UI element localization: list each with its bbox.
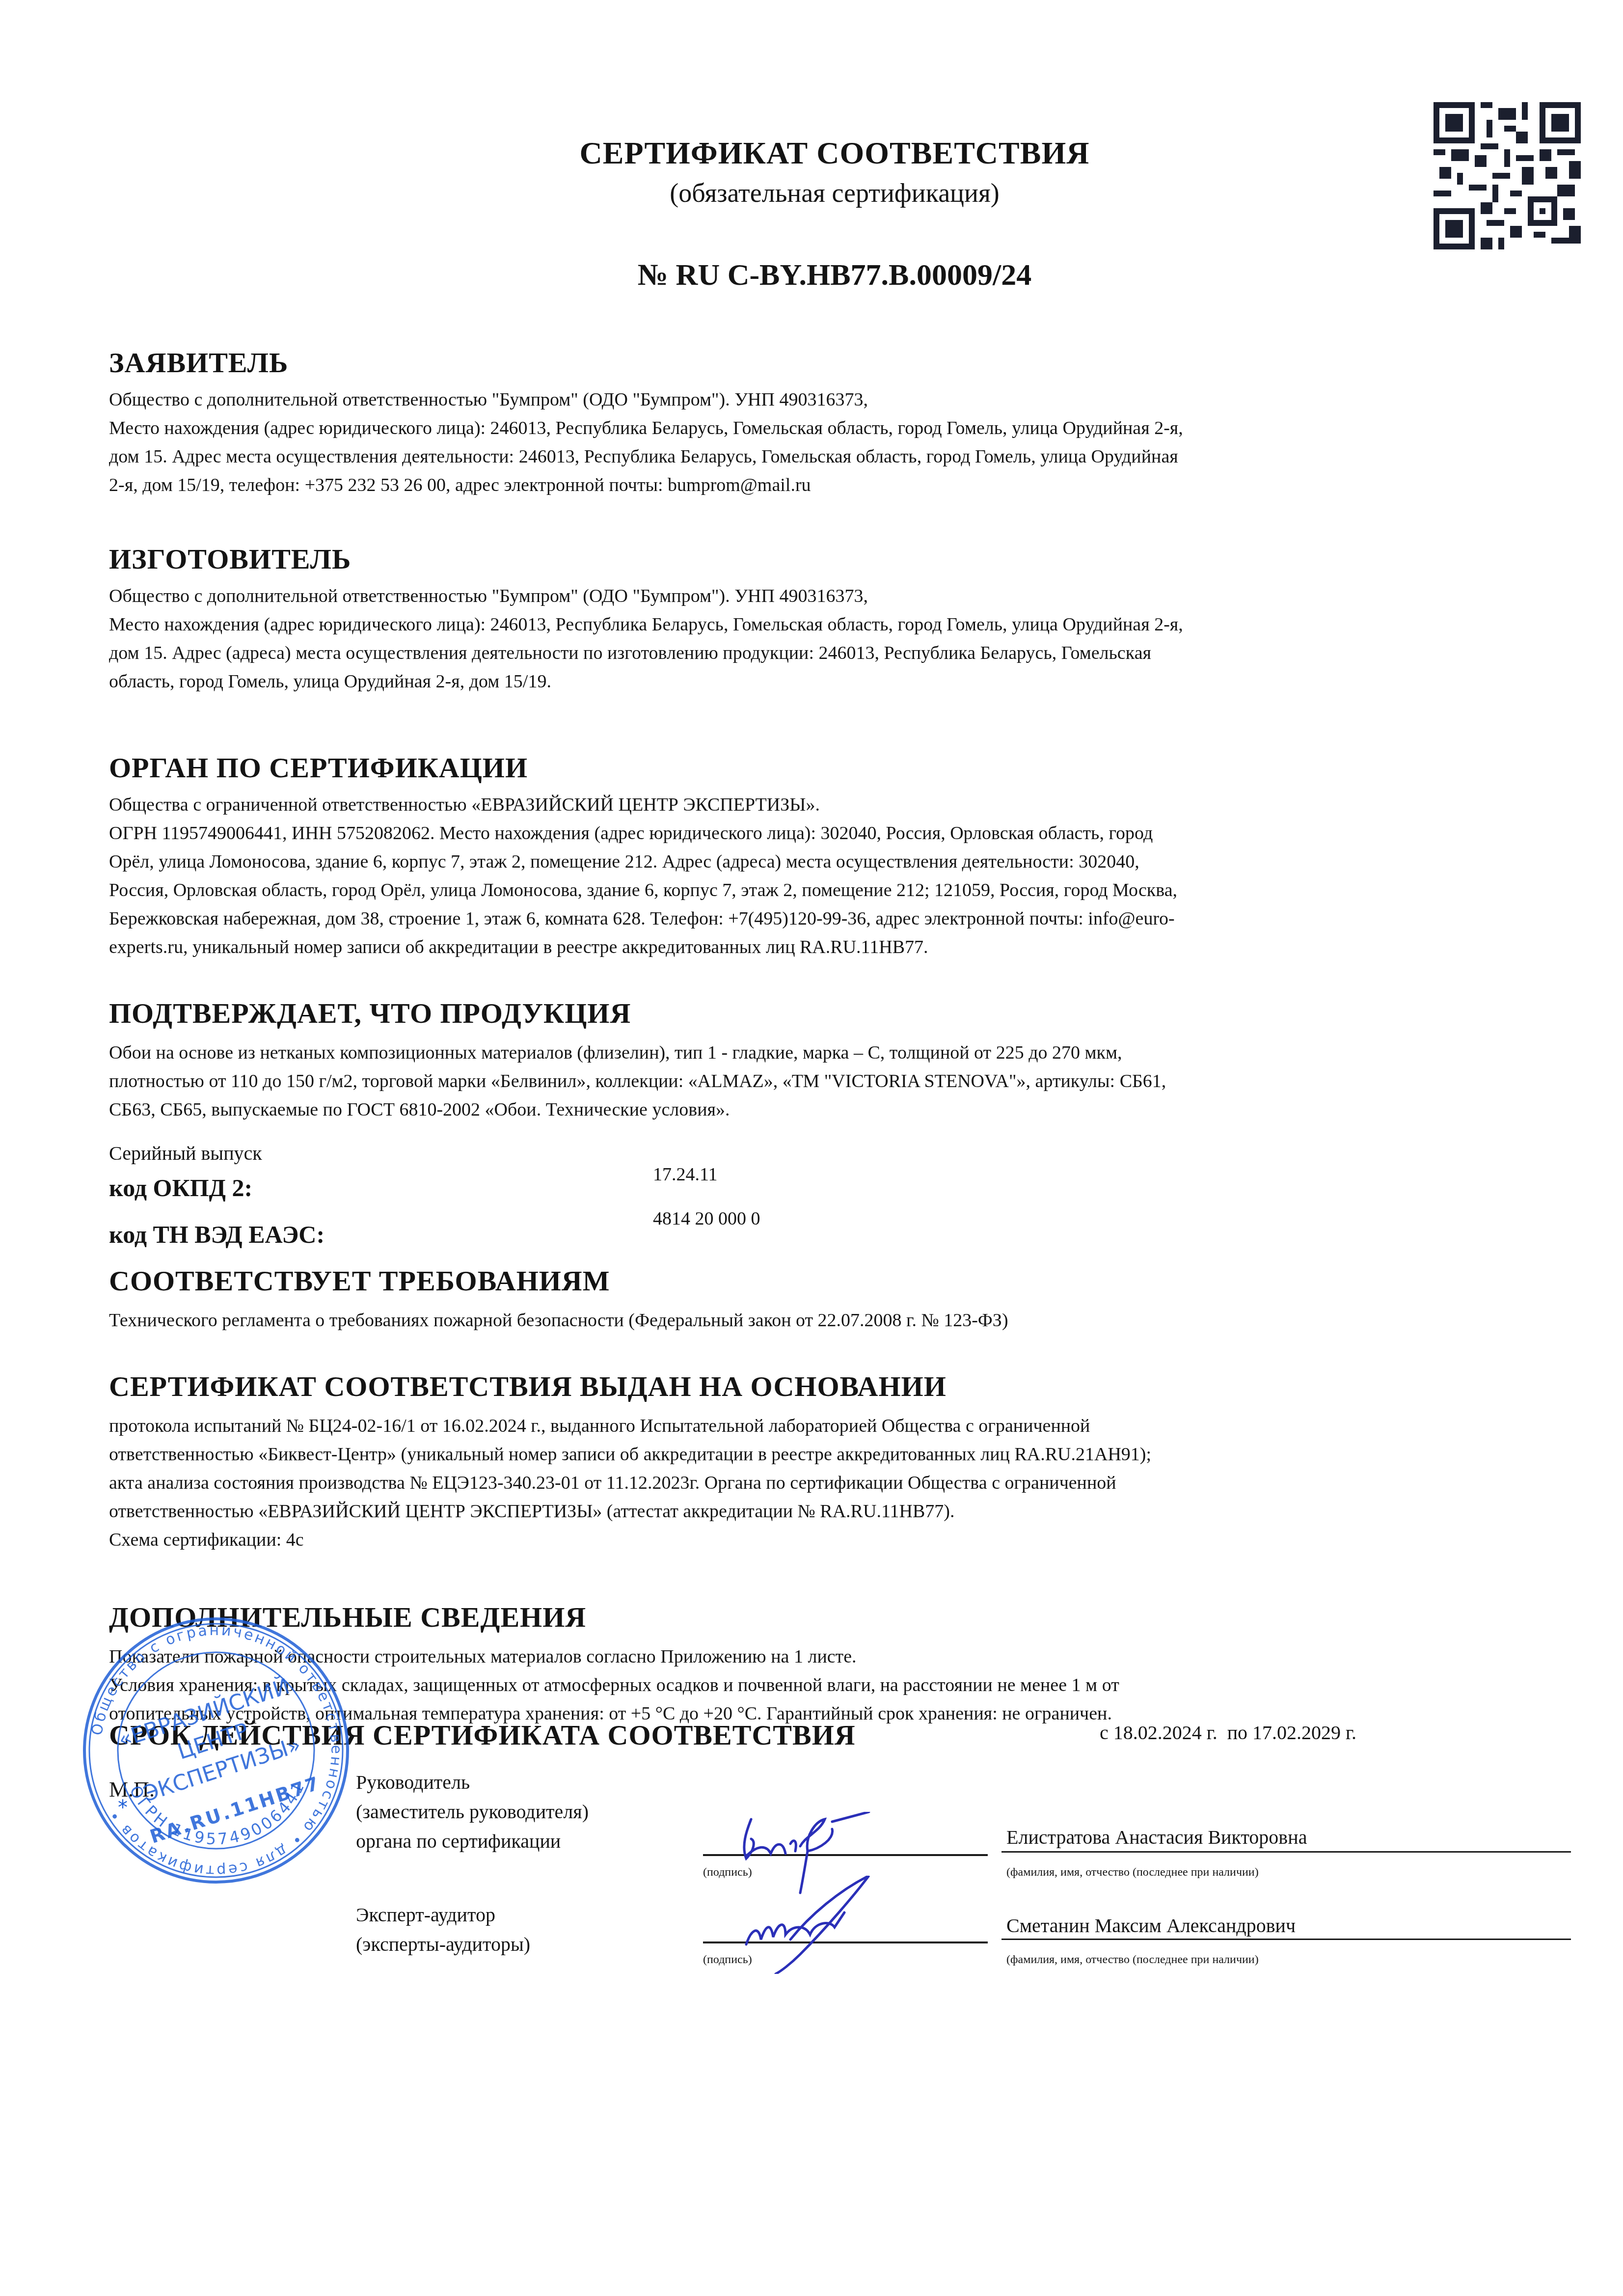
name-caption: (фамилия, имя, отчество (последнее при н… [1006,1866,1259,1879]
signature-expert-icon [712,1876,957,1974]
name-line [1001,1939,1571,1940]
release-type: Серийный выпуск [109,1142,262,1165]
text-line: Обои на основе из нетканых композиционны… [109,1039,1533,1067]
text-line: плотностью от 110 до 150 г/м2, торговой … [109,1067,1533,1095]
text-line: ответственностью «ЕВРАЗИЙСКИЙ ЦЕНТР ЭКСП… [109,1497,1533,1526]
section-heading-basis: СЕРТИФИКАТ СООТВЕТСТВИЯ ВЫДАН НА ОСНОВАН… [109,1370,947,1403]
tnved-label: код ТН ВЭД ЕАЭС: [109,1220,325,1249]
role-line: (заместитель руководителя) [356,1797,589,1827]
text-line: СБ63, СБ65, выпускаемые по ГОСТ 6810-200… [109,1095,1533,1124]
role-line: Руководитель [356,1768,589,1797]
text-line: Орёл, улица Ломоносова, здание 6, корпус… [109,847,1533,876]
text-line: акта анализа состояния производства № ЕЦ… [109,1469,1533,1497]
text-line: Общества с ограниченной ответственностью… [109,791,1533,819]
tnved-label-prefix: код [109,1221,147,1248]
text-line: область, город Гомель, улица Орудийная 2… [109,667,1533,696]
head-name: Елистратова Анастасия Викторовна [1006,1826,1307,1849]
seal-stamp-icon: Общество с ограниченной ответственностью… [79,1613,353,1888]
expert-role: Эксперт-аудитор (эксперты-аудиторы) [356,1900,530,1959]
role-line: (эксперты-аудиторы) [356,1930,530,1959]
text-line: experts.ru, уникальный номер записи об а… [109,933,1533,961]
cert-body-details: Общества с ограниченной ответственностью… [109,791,1533,961]
certificate-number: № RU C-BY.НВ77.В.00009/24 [540,258,1129,293]
basis-details: протокола испытаний № БЦ24-02-16/1 от 16… [109,1412,1533,1554]
validity-period: с 18.02.2024 г. по 17.02.2029 г. [1100,1721,1356,1744]
okpd-value: 17.24.11 [653,1164,718,1185]
name-line [1001,1851,1571,1853]
text-line: Общество с дополнительной ответственност… [109,385,1533,414]
text-line: 2-я, дом 15/19, телефон: +375 232 53 26 … [109,471,1533,499]
name-caption: (фамилия, имя, отчество (последнее при н… [1006,1953,1259,1967]
text-line: Бережковская набережная, дом 38, строени… [109,904,1533,933]
section-heading-requirements: СООТВЕТСТВУЕТ ТРЕБОВАНИЯМ [109,1264,610,1297]
document-title: СЕРТИФИКАТ СООТВЕТСТВИЯ [540,135,1129,171]
section-heading-cert-body: ОРГАН ПО СЕРТИФИКАЦИИ [109,751,528,784]
section-heading-product: ПОДТВЕРЖДАЕТ, ЧТО ПРОДУКЦИЯ [109,997,631,1030]
text-line: Технического регламента о требованиях по… [109,1306,1533,1335]
text-line: Общество с дополнительной ответственност… [109,582,1533,610]
text-line: ОГРН 1195749006441, ИНН 5752082062. Мест… [109,819,1533,847]
okpd-label-prefix: код [109,1174,147,1202]
text-line: ответственностью «Биквест-Центр» (уникал… [109,1440,1533,1469]
text-line: протокола испытаний № БЦ24-02-16/1 от 16… [109,1412,1533,1440]
text-line: дом 15. Адрес (адреса) места осуществлен… [109,639,1533,667]
qr-code-icon [1434,102,1581,249]
tnved-value: 4814 20 000 0 [653,1208,760,1230]
head-role: Руководитель (заместитель руководителя) … [356,1768,589,1856]
manufacturer-details: Общество с дополнительной ответственност… [109,582,1533,696]
text-line: Место нахождения (адрес юридического лиц… [109,610,1533,639]
section-heading-applicant: ЗАЯВИТЕЛЬ [109,346,288,379]
role-line: Эксперт-аудитор [356,1900,530,1930]
product-details: Обои на основе из нетканых композиционны… [109,1039,1533,1124]
section-heading-manufacturer: ИЗГОТОВИТЕЛЬ [109,543,351,575]
tnved-label-text: ТН ВЭД ЕАЭС: [153,1221,325,1248]
text-line: дом 15. Адрес места осуществления деятел… [109,442,1533,471]
text-line: Россия, Орловская область, город Орёл, у… [109,876,1533,904]
role-line: органа по сертификации [356,1827,589,1856]
okpd-label-text: ОКПД 2: [153,1174,253,1202]
text-line: Схема сертификации: 4с [109,1526,1533,1554]
expert-name: Сметанин Максим Александрович [1006,1914,1296,1937]
svg-text:*: * [118,1797,128,1819]
document-subtitle: (обязательная сертификация) [540,178,1129,208]
applicant-details: Общество с дополнительной ответственност… [109,385,1533,499]
requirements-details: Технического регламента о требованиях по… [109,1306,1533,1335]
text-line: Место нахождения (адрес юридического лиц… [109,414,1533,442]
okpd-label: код ОКПД 2: [109,1174,252,1202]
